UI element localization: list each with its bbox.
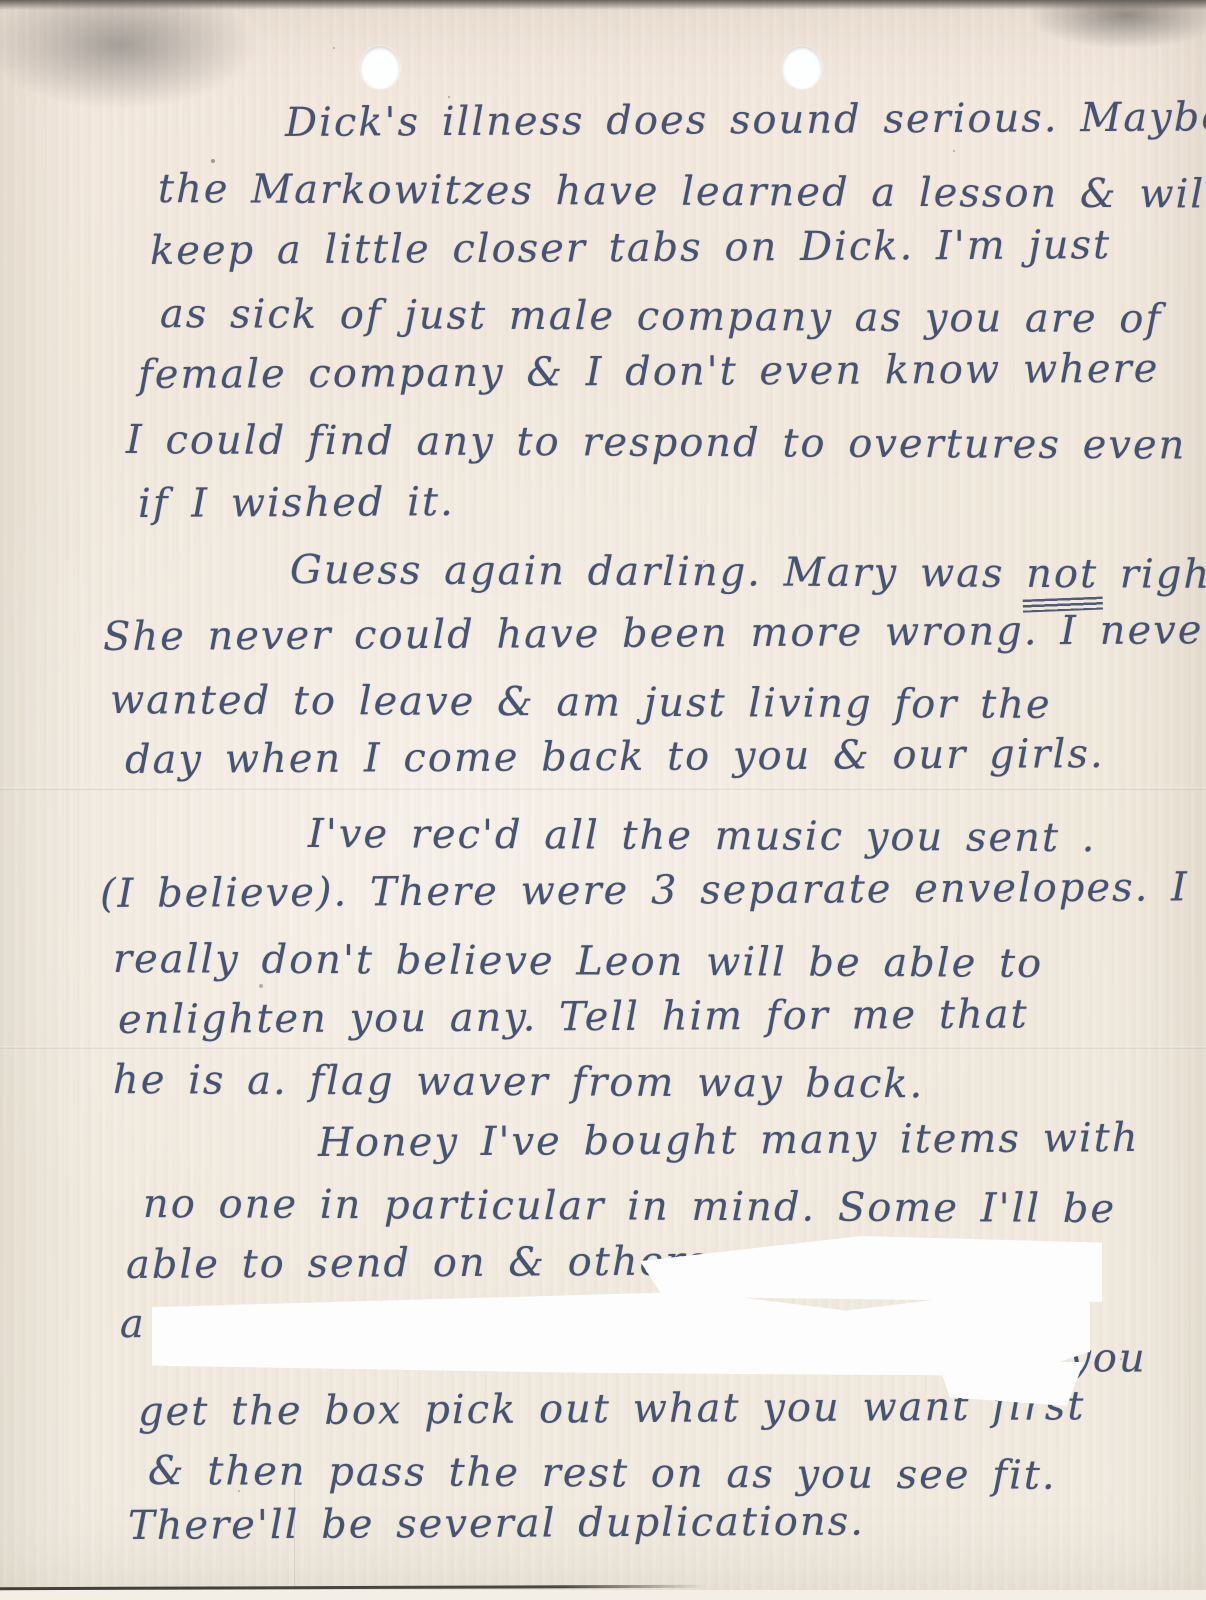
handwriting-line-18: no one in particular in mind. Some I'll … bbox=[143, 1181, 1116, 1232]
handwriting-line-16: he is a. flag waver from way back. bbox=[113, 1057, 925, 1107]
handwriting-segment: I could find any to respond to overtures… bbox=[126, 417, 1187, 469]
letter-scan-page: Dick's illness does sound serious. Maybe… bbox=[0, 0, 1206, 1600]
handwriting-segment: I've rec'd all the music you sent . bbox=[308, 811, 1097, 861]
handwriting-line-11: day when I come back to you & our girls. bbox=[125, 731, 1105, 783]
handwriting-segment: Honey I've bought many items with bbox=[318, 1115, 1140, 1166]
handwriting-line-14: really don't believe Leon will be able t… bbox=[113, 936, 1043, 987]
handwriting-line-4: as sick of just male company as you are … bbox=[160, 291, 1162, 342]
handwriting-line-1: Dick's illness does sound serious. Maybe bbox=[285, 94, 1206, 146]
handwriting-segment: enlighten you any. Tell him for me that bbox=[118, 991, 1029, 1043]
handwriting-segment: the Markowitzes have learned a lesson & … bbox=[158, 166, 1206, 218]
handwriting-line-25: There'll be several duplications. bbox=[128, 1498, 865, 1549]
handwriting-line-9: She never could have been more wrong. I … bbox=[103, 607, 1206, 660]
handwriting-segment: Dick's illness does sound serious. Maybe bbox=[285, 94, 1206, 146]
handwriting-line-2: the Markowitzes have learned a lesson & … bbox=[158, 166, 1206, 218]
handwriting-segment: keep a little closer tabs on Dick. I'm j… bbox=[150, 222, 1111, 274]
handwriting-segment: as sick of just male company as you are … bbox=[160, 291, 1162, 342]
handwriting-line-6: I could find any to respond to overtures… bbox=[126, 417, 1187, 469]
handwriting-segment: wanted to leave & am just living for the bbox=[110, 677, 1052, 728]
handwriting-line-15: enlighten you any. Tell him for me that bbox=[118, 991, 1029, 1043]
handwriting-segment: right. bbox=[1098, 551, 1206, 598]
handwriting-segment: get the box pick out what you want first bbox=[138, 1383, 1086, 1435]
handwriting-line-23: get the box pick out what you want first bbox=[138, 1383, 1086, 1435]
handwriting-segment: She never could have been more wrong. I … bbox=[103, 607, 1206, 660]
handwriting-line-17: Honey I've bought many items with bbox=[318, 1115, 1140, 1166]
handwriting-line-19: able to send on & others. bbox=[126, 1238, 724, 1288]
handwriting-line-13: (I believe). There were 3 separate envel… bbox=[100, 864, 1189, 917]
handwriting-segment: There'll be several duplications. bbox=[128, 1498, 865, 1549]
handwriting-line-24: & then pass the rest on as you see fit. bbox=[148, 1448, 1057, 1499]
handwriting-segment: no one in particular in mind. Some I'll … bbox=[143, 1181, 1116, 1232]
underlying-sheet-strip bbox=[0, 1590, 1206, 1600]
handwriting-segment: really don't believe Leon will be able t… bbox=[113, 936, 1043, 987]
handwriting-segment: able to send on & others. bbox=[126, 1238, 724, 1288]
handwriting-segment: a bbox=[120, 1301, 146, 1347]
handwriting-segment: (I believe). There were 3 separate envel… bbox=[100, 864, 1189, 917]
handwriting-segment: & then pass the rest on as you see fit. bbox=[148, 1448, 1057, 1499]
handwriting-segment: day when I come back to you & our girls. bbox=[125, 731, 1105, 783]
handwriting-line-3: keep a little closer tabs on Dick. I'm j… bbox=[150, 222, 1111, 274]
handwriting-segment: if I wished it. bbox=[138, 479, 455, 527]
handwriting-line-10: wanted to leave & am just living for the bbox=[110, 677, 1052, 728]
handwriting-segment: Guess again darling. Mary was bbox=[290, 547, 1026, 597]
handwriting-line-20: a bbox=[120, 1301, 146, 1347]
handwriting-segment: he is a. flag waver from way back. bbox=[113, 1057, 925, 1107]
handwriting-line-12: I've rec'd all the music you sent . bbox=[308, 811, 1097, 861]
handwriting-line-7: if I wished it. bbox=[138, 479, 455, 527]
handwriting-segment: female company & I don't even know where bbox=[138, 346, 1160, 398]
underlined-word: not bbox=[1026, 551, 1098, 597]
handwriting-line-8: Guess again darling. Mary was not right. bbox=[290, 547, 1206, 598]
handwriting-line-5: female company & I don't even know where bbox=[138, 346, 1160, 398]
